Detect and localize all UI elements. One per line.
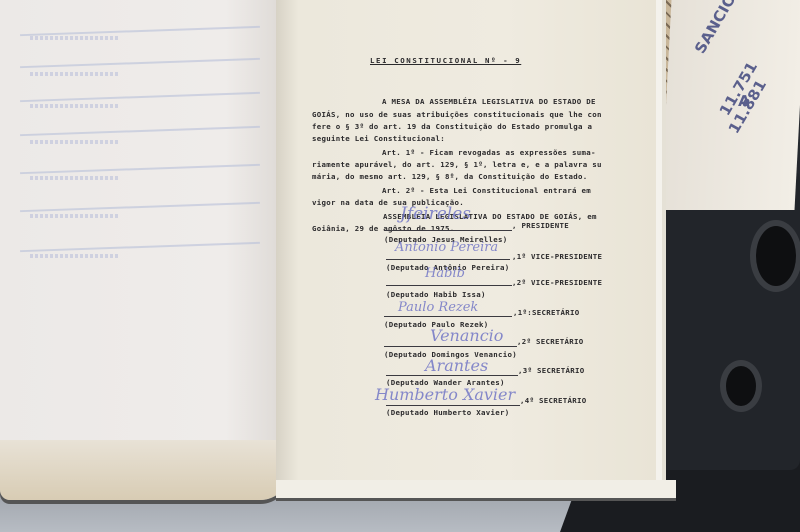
binder-ring-icon [750, 220, 800, 292]
signatory-role: ,2º VICE-PRESIDENTE [512, 278, 602, 287]
signatory-name: (Deputado Habib Issa) [386, 290, 486, 299]
ghost-text [30, 176, 120, 180]
preamble-line: fere o § 3º do art. 19 da Constituição d… [312, 122, 592, 131]
handwritten-signature: Habib [425, 266, 465, 281]
ghost-line [20, 202, 260, 212]
ghost-line [20, 92, 260, 102]
signatory-role: ,2º SECRETÁRIO [517, 337, 584, 346]
signatory-role: , PRESIDENTE [512, 221, 569, 230]
signature-line [386, 285, 512, 286]
left-page [0, 0, 282, 470]
preamble-line: A MESA DA ASSEMBLÉIA LEGISLATIVA DO ESTA… [382, 97, 596, 106]
binder-ring-icon [720, 360, 762, 412]
signatory-name: (Deputado Humberto Xavier) [386, 408, 510, 417]
handwritten-signature: Paulo Rezek [398, 300, 478, 315]
ghost-text [30, 214, 120, 218]
article-2-line: Art. 2º - Esta Lei Constitucional entrar… [382, 186, 591, 195]
ghost-text [30, 36, 120, 40]
ghost-line [20, 26, 260, 36]
signatory-role: ,1º VICE-PRESIDENTE [512, 252, 602, 261]
closing-line: Goiânia, 29 de agôsto de 1975. [312, 224, 455, 233]
black-binder [650, 170, 800, 470]
signature-line [386, 405, 520, 406]
signatory-role: ,3º SECRETÁRIO [518, 366, 585, 375]
preamble-line: seguinte Lei Constitucional: [312, 134, 445, 143]
handwritten-signature: Jfeireles [400, 204, 471, 224]
signature-line [386, 375, 518, 376]
signature-line [386, 259, 510, 260]
article-1-line: Art. 1º - Ficam revogadas as expressões … [382, 148, 596, 157]
white-binder-spine: SANCION 11.751 A 11.881 [660, 0, 800, 210]
handwritten-signature: Antonio Pereira [395, 240, 498, 255]
signature-line [384, 316, 512, 317]
signature-line [384, 346, 517, 347]
ghost-line [20, 164, 260, 174]
signatory-role: ,4º SECRETÁRIO [520, 396, 587, 405]
ghost-text [30, 140, 120, 144]
ghost-text [30, 72, 120, 76]
ghost-line [20, 58, 260, 68]
article-1-line: riamente apurável, do art. 129, § 1º, le… [312, 160, 602, 169]
handwritten-signature: Humberto Xavier [375, 385, 515, 404]
signatory-role: ,1º:SECRETÁRIO [513, 308, 580, 317]
ghost-text [30, 104, 120, 108]
ghost-line [20, 126, 260, 136]
document-title: LEI CONSTITUCIONAL Nº - 9 [370, 56, 521, 65]
handwritten-signature: Venancio [430, 326, 503, 345]
preamble-line: GOIÁS, no uso de suas atribuições consti… [312, 110, 602, 119]
spine-heading: SANCION [691, 0, 746, 56]
ghost-text [30, 254, 120, 258]
page-stack-edge [276, 480, 676, 501]
article-1-line: mária, do mesmo art. 129, § 8º, da Const… [312, 172, 587, 181]
page-curl [0, 440, 290, 500]
signature-line [384, 230, 512, 231]
handwritten-signature: Arantes [425, 356, 488, 375]
ghost-line [20, 242, 260, 252]
